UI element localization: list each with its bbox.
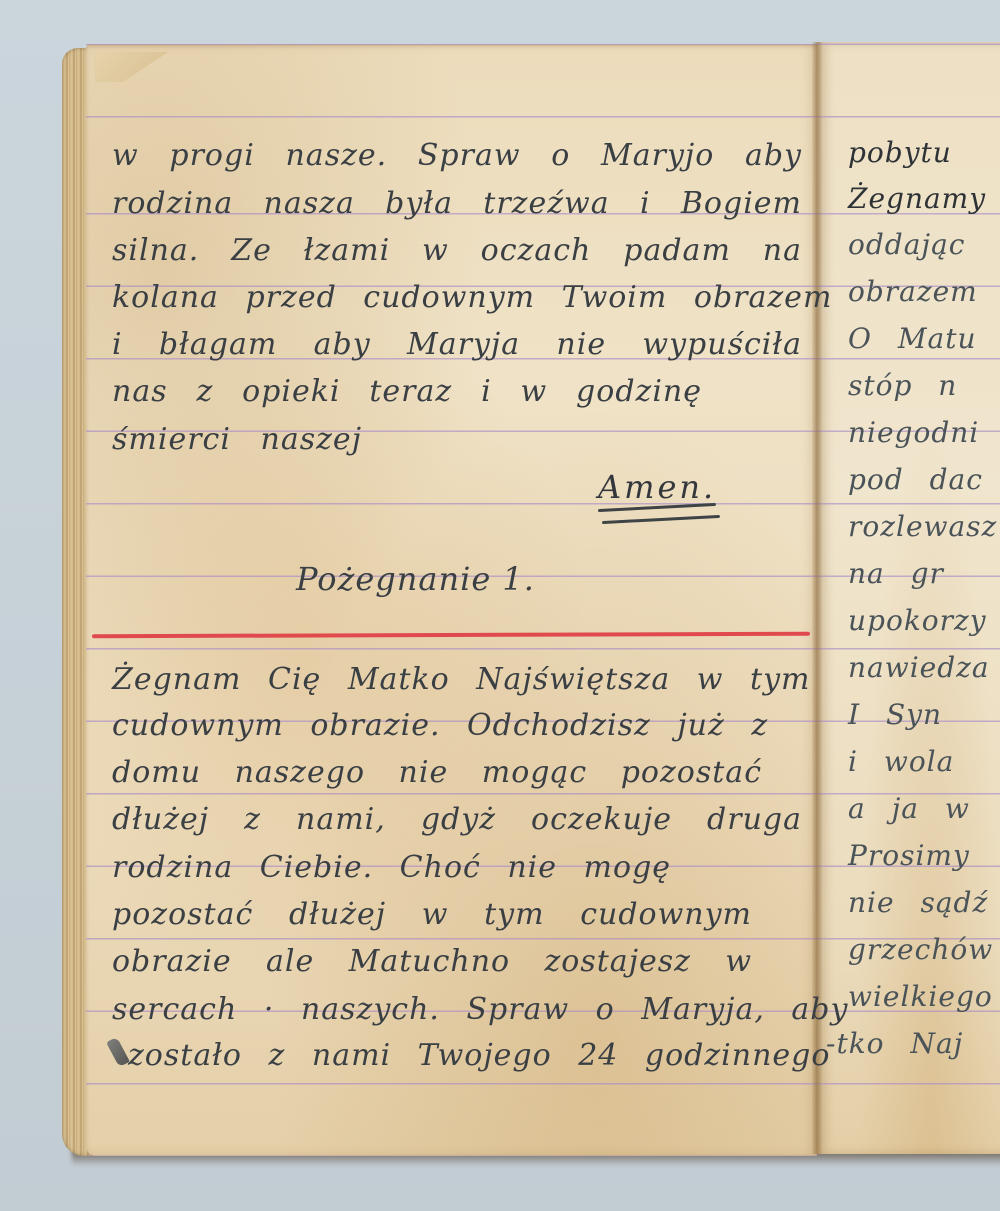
right-text-line: Prosimy [848,839,970,872]
right-text-line: obrazem [848,275,978,308]
text-line: i błagam aby Maryja nie wypuściła [112,327,802,362]
text-line: w progi nasze. Spraw o Maryjo aby [112,138,802,173]
right-text-line: -tko Naj [826,1027,963,1060]
text-line: dłużej z nami, gdyż oczekuje druga [112,802,802,837]
right-text-line: niegodni [848,416,979,449]
text-line: nas z opieki teraz i w godzinę [112,374,702,409]
right-text-line: Żegnamy [848,182,986,215]
section-heading: Pożegnanie 1. [296,560,535,598]
right-text-line: nawiedza [848,651,990,684]
text-line: cudownym obrazie. Odchodzisz już z [112,708,752,743]
text-line: rodzina nasza była trzeźwa i Bogiem [112,186,802,221]
right-text-line: rozlewasz [848,510,997,543]
text-line: rodzina Ciebie. Choć nie mogę [112,850,652,885]
right-text-line: na gr [848,557,944,590]
text-line: pozostać dłużej w tym cudownym [112,897,752,932]
right-text-line: pobytu [848,136,952,169]
right-text-line: O Matu [848,322,977,355]
text-line: sercach · naszych. Spraw o Maryja, aby [112,992,802,1027]
right-text-line: stóp n [848,369,957,402]
text-line: kolana przed cudownym Twoim obrazem [112,280,802,315]
text-line: domu naszego nie mogąc pozostać [112,755,762,790]
right-text-line: oddając [848,228,965,261]
text-line: zostało z nami Twojego 24 godzinnego [128,1038,808,1073]
right-text-line: nie sądź [848,886,988,919]
text-line: obrazie ale Matuchno zostajesz w [112,944,752,979]
right-text-line: grzechów [848,933,993,966]
text-line: śmierci naszej [112,422,362,457]
right-text-line: pod dac [848,463,983,496]
right-text-line: wielkiego [848,980,993,1013]
right-text-line: upokorzy [848,604,987,637]
right-text-line: i wola [848,745,954,778]
text-line: silna. Ze łzami w oczach padam na [112,233,802,268]
text-line: Żegnam Cię Matko Najświętsza w tym [112,662,802,697]
right-text-line: I Syn [848,698,942,731]
closing-amen: Amen. [598,468,716,506]
book-gutter [812,42,822,1154]
right-text-line: a ja w [848,792,970,825]
